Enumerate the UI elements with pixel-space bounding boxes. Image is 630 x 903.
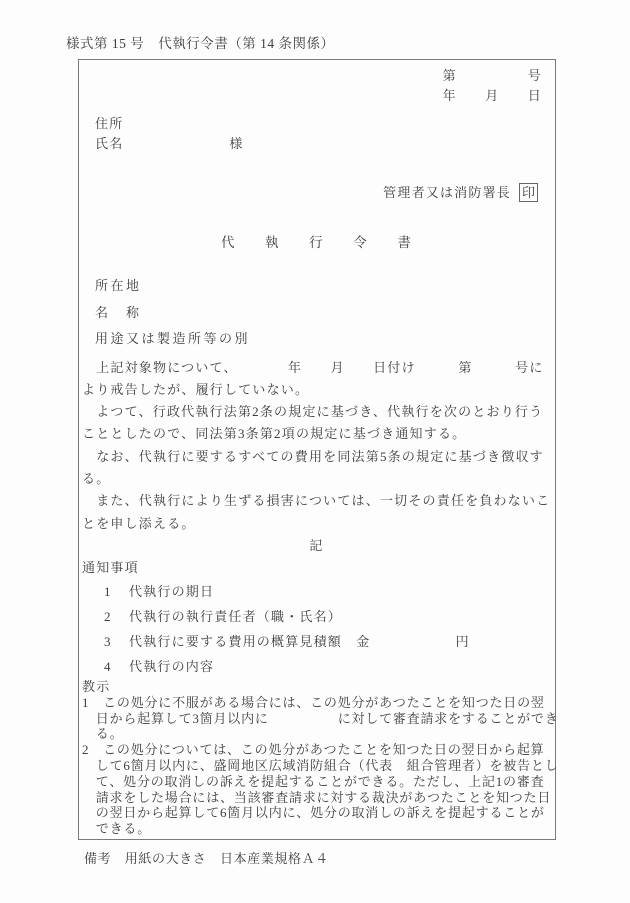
body-line: 上記対象物について、 年 月 日付け 第 号に <box>82 357 551 379</box>
addressee-honorific: 様 <box>229 136 243 151</box>
notice-item-text: 代執行に要する費用の概算見積額 金 円 <box>129 634 470 649</box>
paper-size-note: 備考 用紙の大きさ 日本産業規格Ａ４ <box>84 848 630 867</box>
ki-heading: 記 <box>82 535 551 556</box>
notice-item: 3代執行に要する費用の概算見積額 金 円 <box>104 629 551 654</box>
notice-heading: 通知事項 <box>82 556 551 579</box>
name-row: 氏名様 <box>95 134 551 154</box>
instruction-line: る。 <box>82 726 551 742</box>
instruction-heading: 教示 <box>82 679 551 695</box>
form-number-label: 様式第 15 号 代執行令書（第 14 条関係） <box>66 32 630 52</box>
notice-item: 2代執行の執行責任者（職・氏名） <box>104 604 551 629</box>
seal-box: 印 <box>519 183 538 202</box>
page-container: 様式第 15 号 代執行令書（第 14 条関係） 第 号 年 月 日 住所 氏名… <box>0 0 630 867</box>
body-line: こととしたので、同法第3条第2項の規定に基づき通知する。 <box>82 423 551 445</box>
body-line: る。 <box>82 468 551 490</box>
notice-item-number: 3 <box>104 629 129 654</box>
notice-item-number: 1 <box>104 579 129 604</box>
address-label: 住所 <box>95 114 551 134</box>
instruction-line: 2 この処分については、この処分があつたことを知つた日の翌日から起算 <box>82 742 551 758</box>
notice-item-number: 2 <box>104 604 129 629</box>
body-line: なお、代執行に要するすべての費用を同法第5条の規定に基づき徴収す <box>82 446 551 468</box>
notice-item-text: 代執行の期日 <box>129 584 214 599</box>
body-line: よつて、行政代執行法第2条の規定に基づき、代執行を次のとおり行う <box>82 401 551 423</box>
date-line: 年 月 日 <box>82 86 542 106</box>
instruction-line: して6箇月以内に、盛岡地区広域消防組合（代表 組合管理者）を被告とし <box>82 758 551 774</box>
instruction-block: 1 この処分に不服がある場合には、この処分があつたことを知つた日の翌 日から起算… <box>82 695 551 837</box>
issuer-row: 管理者又は消防署長印 <box>82 182 551 204</box>
instruction-line: できる。 <box>82 821 551 837</box>
instruction-line: の翌日から起算して6箇月以内に、処分の取消しの訴えを提起することが <box>82 805 551 821</box>
instruction-line: 請求をした場合には、当該審査請求に対する裁決があつたことを知つた日 <box>82 790 551 806</box>
document-title: 代 執 行 令 書 <box>82 232 551 253</box>
body-line: より戒告したが、履行していない。 <box>82 379 551 401</box>
issuer-title: 管理者又は消防署長 <box>383 185 511 200</box>
body-line: また、代執行により生ずる損害については、一切その責任を負わないこ <box>82 490 551 512</box>
notice-item-text: 代執行の執行責任者（職・氏名） <box>129 609 342 624</box>
addressee-block: 住所 氏名様 <box>95 114 551 154</box>
document-number-block: 第 号 年 月 日 <box>82 66 551 106</box>
notice-items: 1代執行の期日 2代執行の執行責任者（職・氏名） 3代執行に要する費用の概算見積… <box>104 579 551 679</box>
document-frame: 第 号 年 月 日 住所 氏名様 管理者又は消防署長印 代 執 行 令 書 所在… <box>78 59 556 840</box>
notice-item: 1代執行の期日 <box>104 579 551 604</box>
body-paragraphs: 上記対象物について、 年 月 日付け 第 号に より戒告したが、履行していない。… <box>82 357 551 535</box>
instruction-line: て、処分の取消しの訴えを提起することができる。ただし、上記1の審査 <box>82 774 551 790</box>
name-label: 氏名 <box>95 136 123 151</box>
subject-block: 所在地 名 称 用途又は製造所等の別 <box>95 273 551 353</box>
subject-use-label: 用途又は製造所等の別 <box>95 326 551 353</box>
notice-item: 4代執行の内容 <box>104 654 551 679</box>
instruction-line: 1 この処分に不服がある場合には、この処分があつたことを知つた日の翌 <box>82 695 551 711</box>
subject-name-label: 名 称 <box>95 300 551 327</box>
instruction-line: 日から起算して3箇月以内に に対して審査請求をすることができ <box>82 711 551 727</box>
subject-location-label: 所在地 <box>95 273 551 300</box>
body-line: とを申し添える。 <box>82 513 551 535</box>
notice-item-number: 4 <box>104 654 129 679</box>
doc-number-line: 第 号 <box>82 66 542 86</box>
notice-item-text: 代執行の内容 <box>129 659 214 674</box>
